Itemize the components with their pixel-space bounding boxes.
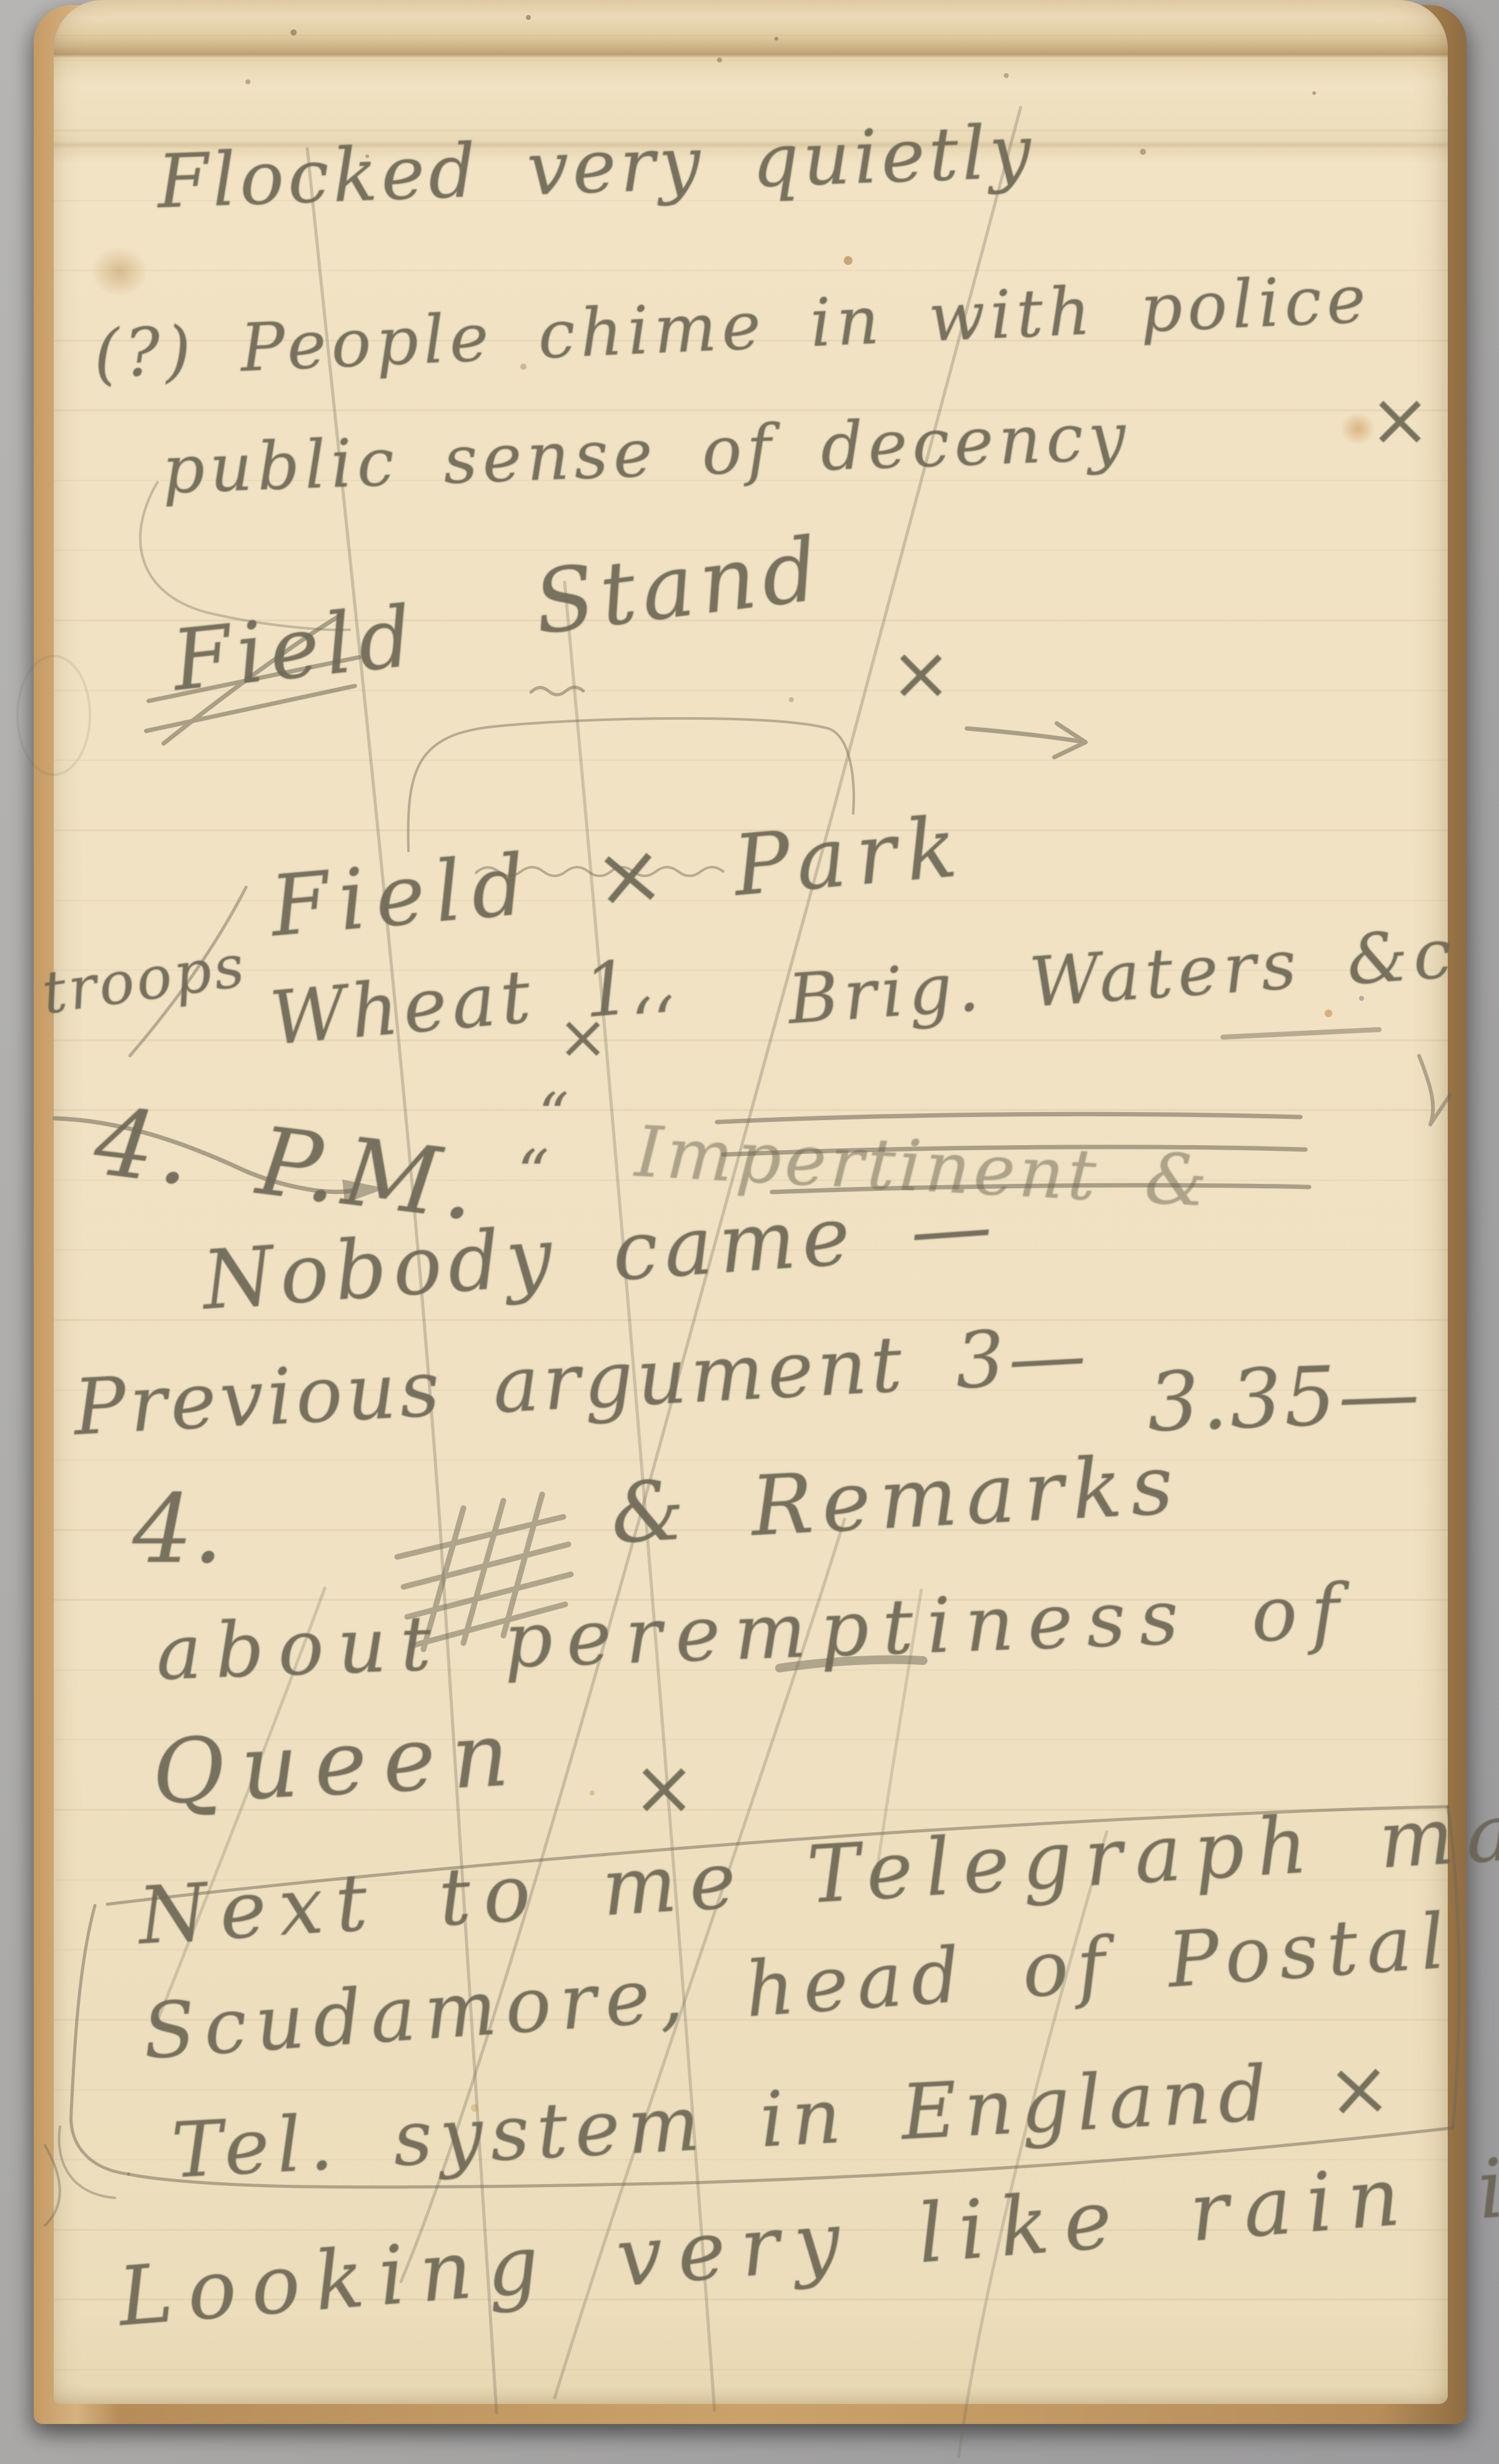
cancellation-stroke-7 [876,1590,921,1880]
freehand-box-left [71,1905,129,2174]
pencil-marks-overlay [0,0,1499,2464]
freehand-box-bottom [129,2128,1453,2187]
freehand-box-corner-hook [59,2127,115,2198]
stand-sketch-box [408,718,854,851]
waters-underline [1223,1030,1379,1037]
cancellation-stroke-2 [401,107,1021,2282]
stand-box-squiggle [476,867,723,876]
margin-doodle [45,2145,60,2225]
cancellation-stroke-4 [555,1519,844,2398]
remarks-scribble [397,1494,571,1649]
cancellation-stroke-1 [307,149,497,2413]
freehand-box-top [107,1807,1448,1904]
cancellation-stroke-5 [959,1832,1107,2457]
paper-specks [245,15,1364,2112]
freehand-box-right [1448,1807,1459,2128]
cancellation-stroke-6 [156,1588,325,2024]
margin-circle [17,656,90,775]
field-strikethrough [146,615,359,743]
troops-arrowhead [342,1180,386,1203]
scanned-notebook-page: Flocked very quietly(?) People chime in … [0,0,1499,2464]
ampersand-flick [1419,1056,1450,1125]
impertinent-strikethrough [717,1114,1309,1192]
people-flourish [141,482,350,630]
troops-underline-arrow [55,1118,351,1192]
troops-flourish [130,887,246,1056]
emphasis-bar [779,1660,923,1669]
right-arrow [967,723,1086,757]
